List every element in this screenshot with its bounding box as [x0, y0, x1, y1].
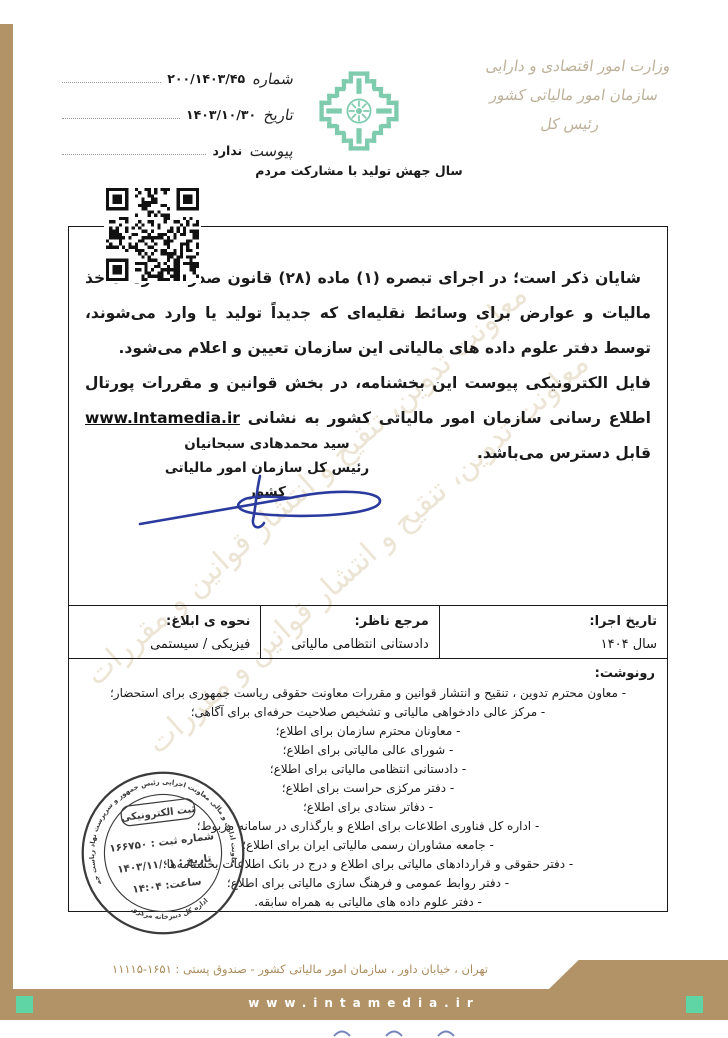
ministry-header: وزارت امور اقتصادی و دارایی سازمان امور … — [428, 52, 720, 139]
electronic-registration-stamp: حوزه معاونت اداری و مالی معاونت اجرایی ر… — [68, 758, 257, 947]
dotted-leader — [62, 118, 180, 119]
paragraph-2-text-end: قابل دسترس می‌باشد. — [477, 444, 651, 462]
footer-band: www.intamedia.ir — [0, 989, 728, 1020]
tax-administration-logo-icon — [316, 68, 402, 162]
left-accent-strip — [0, 24, 13, 1020]
ministry-line: رئیس کل — [428, 110, 712, 139]
field-number: شماره ۲۰۰/۱۴۰۳/۴۵ — [62, 62, 294, 88]
dotted-leader — [62, 154, 206, 155]
info-cell-supervisor: مرجع ناظر: دادستانی انتظامی مالیاتی — [260, 606, 439, 658]
field-attachment-value: ندارد — [212, 143, 242, 160]
cc-item: - مرکز عالی دادخواهی مالیاتی و تشخیص صلا… — [81, 703, 655, 722]
field-number-value: ۲۰۰/۱۴۰۳/۴۵ — [167, 71, 245, 88]
signature-block: سید محمدهادی سبحانیان رئیس کل سازمان امو… — [157, 432, 377, 504]
intamedia-link[interactable]: www.Intamedia.ir — [85, 409, 240, 427]
field-date: تاریخ ۱۴۰۳/۱۰/۳۰ — [62, 98, 294, 124]
letter-meta-fields: شماره ۲۰۰/۱۴۰۳/۴۵ تاریخ ۱۴۰۳/۱۰/۳۰ پیوست… — [62, 62, 294, 170]
letter-page: وزارت امور اقتصادی و دارایی سازمان امور … — [0, 0, 728, 1038]
footer-website: www.intamedia.ir — [0, 996, 728, 1010]
stamp-time: ساعت: ۱۴:۰۴ — [132, 875, 202, 895]
field-attachment: پیوست ندارد — [62, 134, 294, 160]
field-date-value: ۱۴۰۳/۱۰/۳۰ — [186, 107, 256, 124]
ministry-line: سازمان امور مالیاتی کشور — [432, 81, 716, 110]
footer-green-square-right — [686, 996, 703, 1013]
footer-green-square-left — [16, 996, 33, 1013]
footer-address: تهران ، خیابان داور ، سازمان امور مالیات… — [55, 962, 545, 976]
footer-trapezoid — [548, 960, 728, 990]
bottom-handwriting-marks — [320, 1026, 480, 1038]
qr-code — [104, 186, 201, 283]
stamp-title: ثبت الکترونیکی — [121, 804, 196, 824]
stamp-date: تاریخ : ۱۴۰۳/۱۱/۰۱ — [117, 852, 213, 875]
cc-title: رونوشت: — [81, 664, 655, 684]
stamp-registration-number: شماره ثبت : ۱۶۶۷۵۰ — [109, 830, 215, 855]
info-cell-execution-date: تاریخ اجرا: سال ۱۴۰۴ — [440, 606, 667, 658]
info-cell-notification-method: نحوه ی ابلاغ: فیزیکی / سیستمی — [69, 606, 260, 658]
field-attachment-label: پیوست — [249, 142, 296, 160]
info-table: تاریخ اجرا: سال ۱۴۰۴ مرجع ناظر: دادستانی… — [69, 605, 667, 659]
handwritten-signature — [132, 468, 397, 538]
cc-item: - معاون محترم تدوین ، تنقیح و انتشار قوا… — [81, 684, 655, 703]
dotted-leader — [62, 82, 161, 83]
cc-item: - شورای عالی مالیاتی برای اطلاع؛ — [81, 741, 655, 760]
field-number-label: شماره — [252, 70, 296, 88]
signer-name: سید محمدهادی سبحانیان — [157, 432, 377, 456]
field-date-label: تاریخ — [263, 106, 296, 124]
cc-item: - معاونان محترم سازمان برای اطلاع؛ — [81, 722, 655, 741]
ministry-line: وزارت امور اقتصادی و دارایی — [436, 52, 720, 81]
